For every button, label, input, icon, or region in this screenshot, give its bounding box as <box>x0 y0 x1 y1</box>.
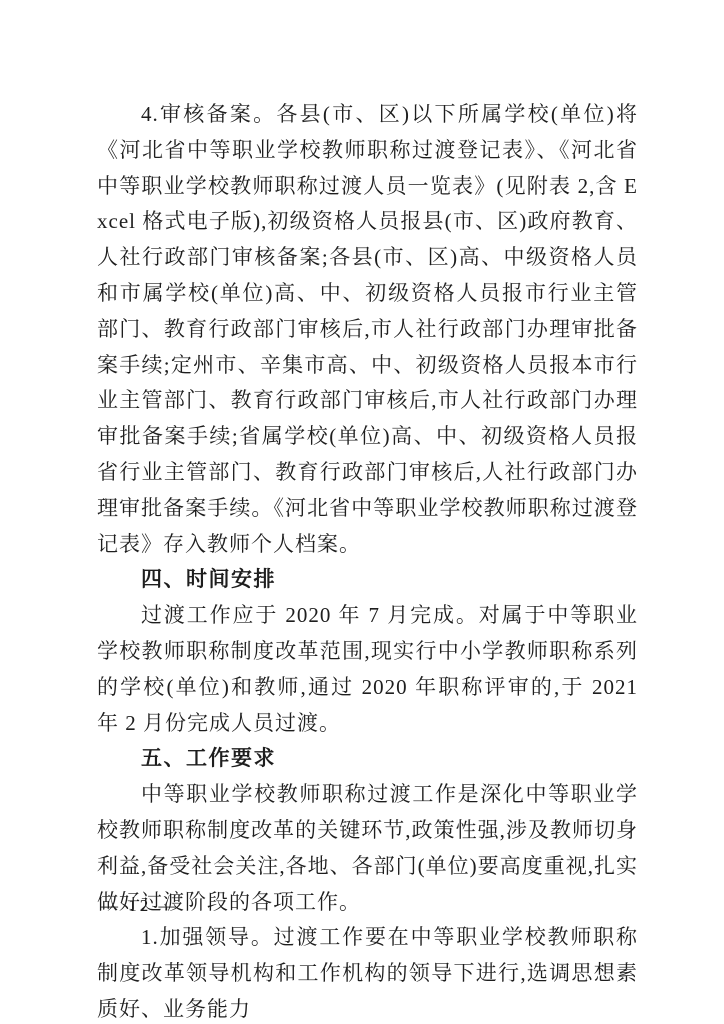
paragraph-schedule: 过渡工作应于 2020 年 7 月完成。对属于中等职业学校教师职称制度改革范围,… <box>97 598 638 741</box>
page-number: — 12 — <box>101 896 179 916</box>
section-heading-schedule: 四、时间安排 <box>97 562 638 598</box>
section-heading-work-requirements: 五、工作要求 <box>97 741 638 777</box>
paragraph-strengthen-leadership: 1.加强领导。过渡工作要在中等职业学校教师职称制度改革领导机构和工作机构的领导下… <box>97 920 638 1024</box>
document-page: 4.审核备案。各县(市、区)以下所属学校(单位)将《河北省中等职业学校教师职称过… <box>0 0 724 1024</box>
document-body: 4.审核备案。各县(市、区)以下所属学校(单位)将《河北省中等职业学校教师职称过… <box>97 97 638 1024</box>
paragraph-review-filing: 4.审核备案。各县(市、区)以下所属学校(单位)将《河北省中等职业学校教师职称过… <box>97 97 638 562</box>
